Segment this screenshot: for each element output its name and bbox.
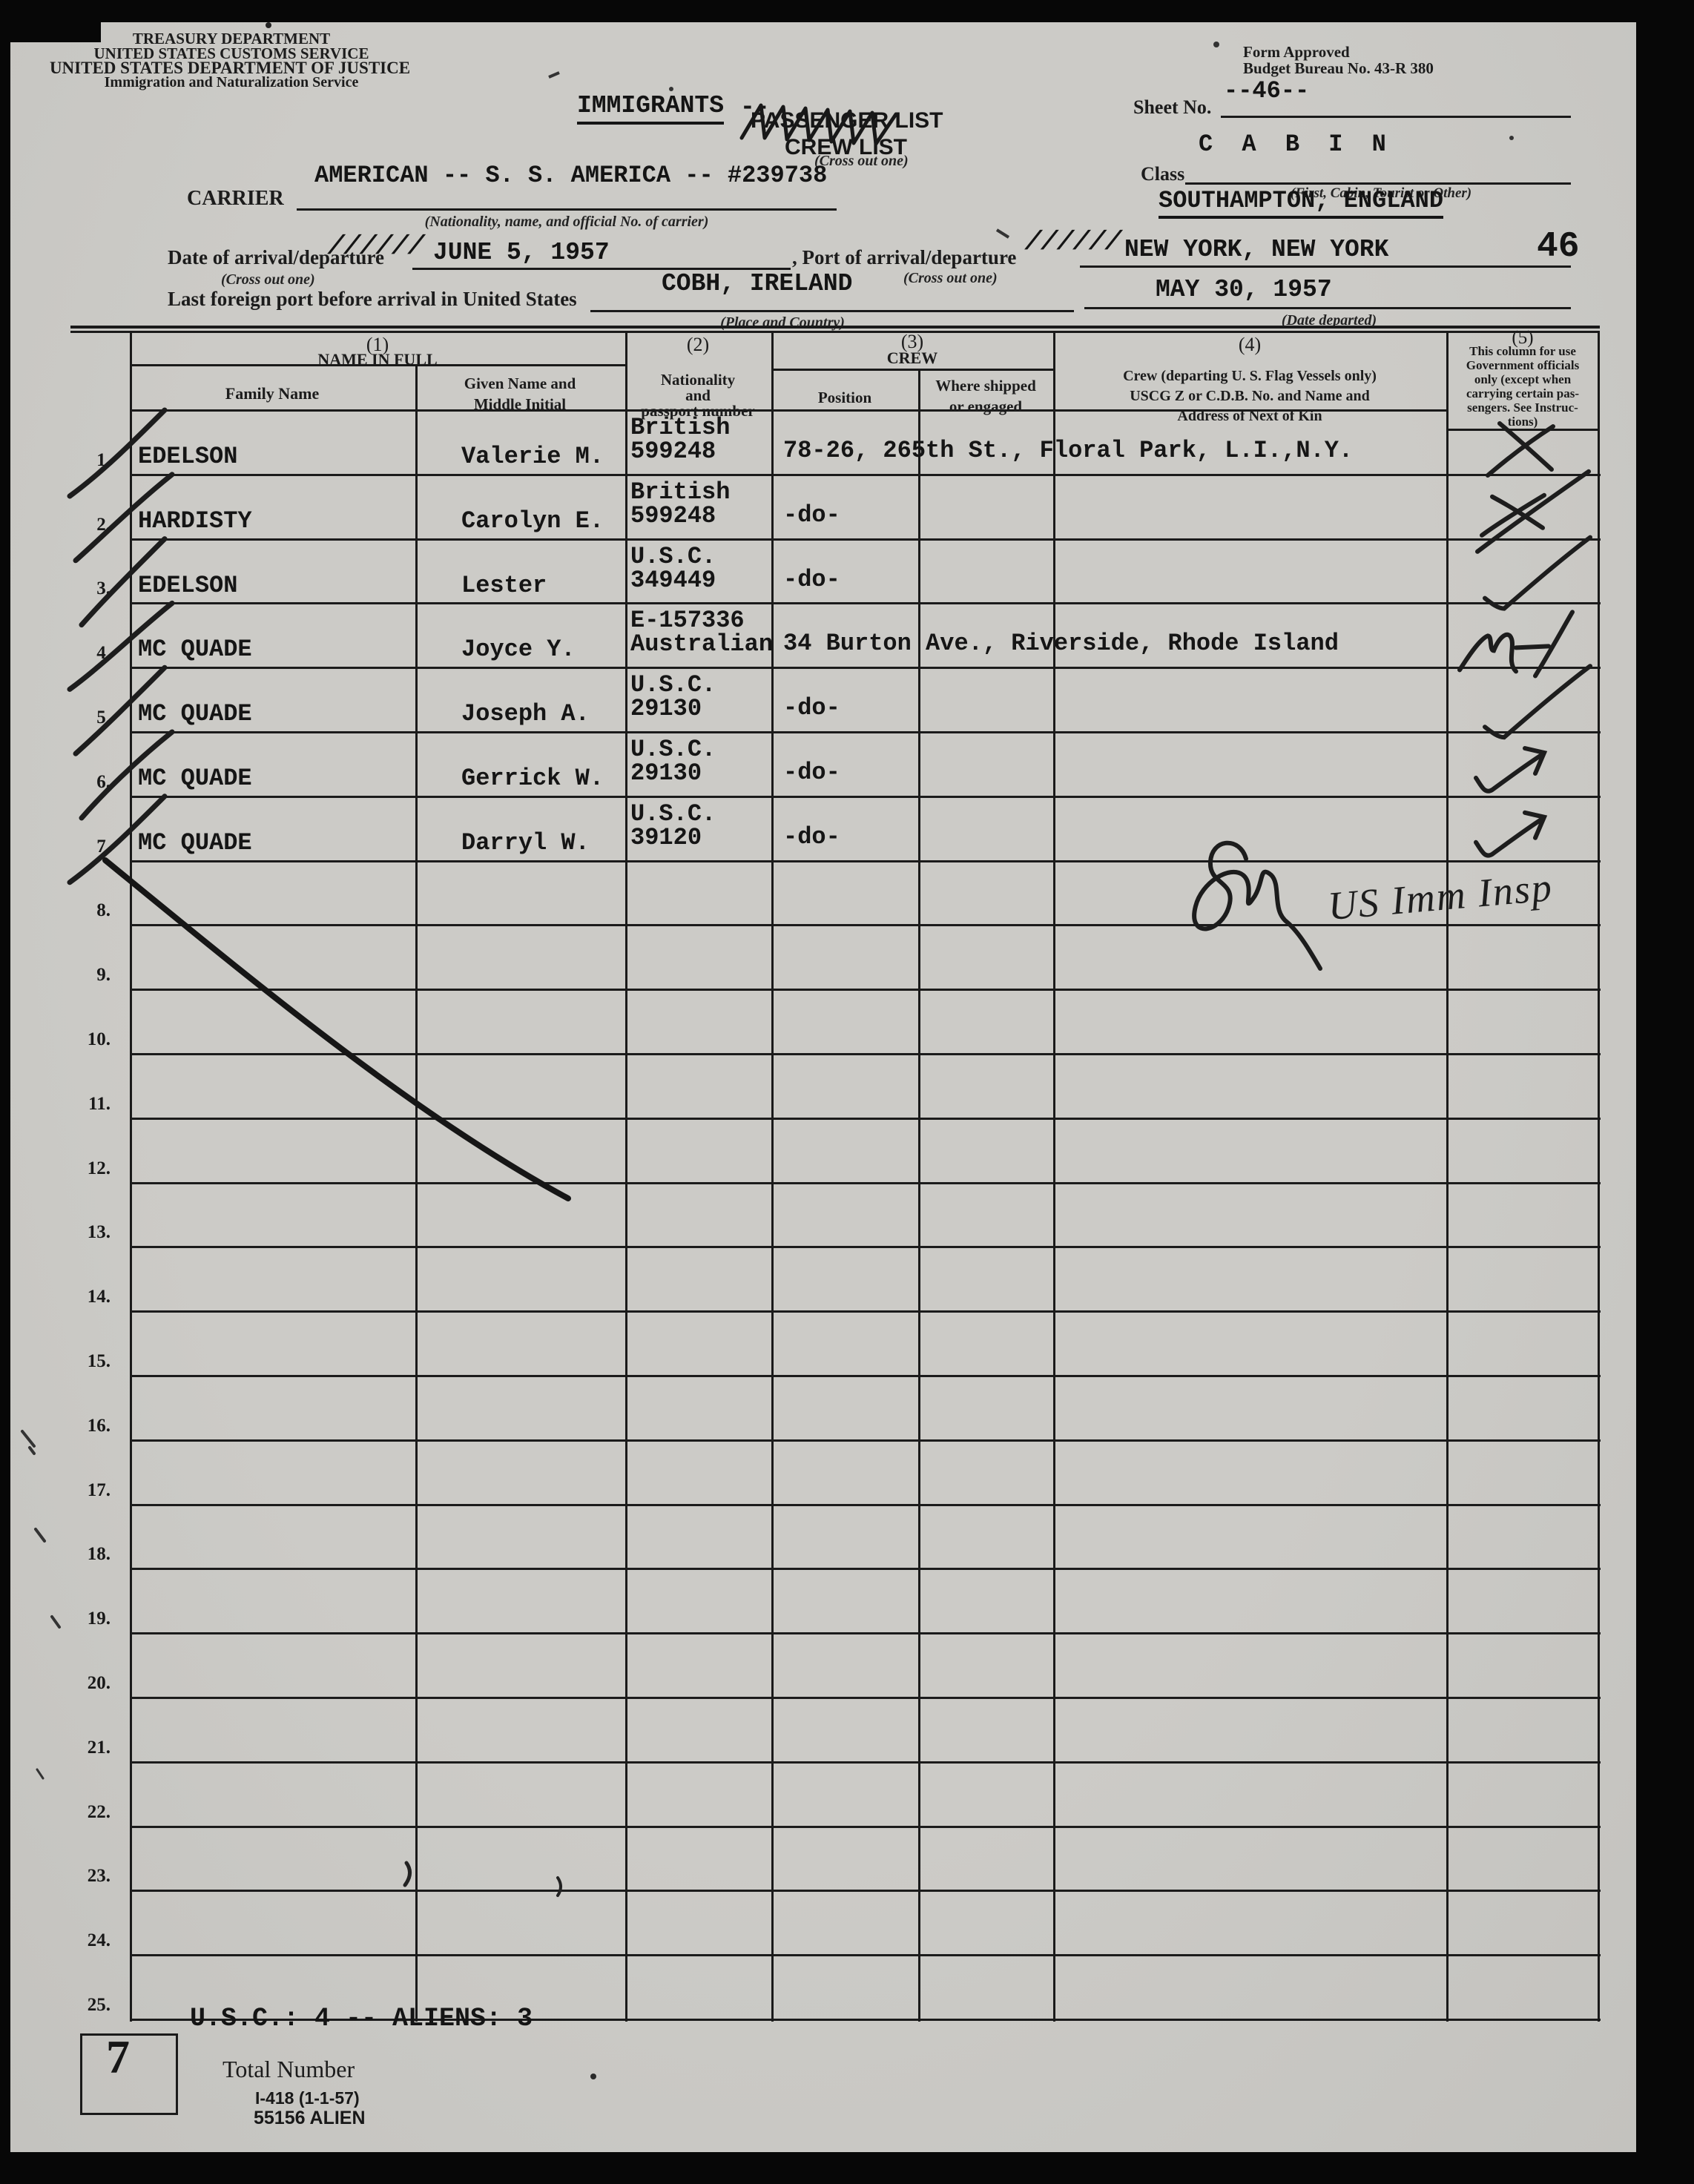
scanned-manifest-page: { "colors": { "paper": "#c9c8c4", "ink":…: [0, 0, 1694, 2184]
row-number: 16.: [42, 1416, 111, 1436]
form-code: 55156 ALIEN: [254, 2108, 366, 2129]
address-or-ditto: -do-: [783, 760, 840, 785]
row-number: 6.: [42, 772, 111, 793]
given-name: Valerie M.: [461, 444, 604, 469]
total-number-value: 7: [106, 2030, 130, 2085]
table-row: 15.: [130, 1313, 1601, 1377]
typed-slashes: //////: [324, 231, 428, 262]
scan-corner-black: [0, 0, 101, 42]
nationality-line1: U.S.C.: [630, 544, 716, 569]
where-shipped-header: Where shipped: [935, 377, 1036, 395]
address-or-ditto: 34 Burton Ave., Riverside, Rhode Island: [783, 631, 1339, 656]
port-arrival-label: , Port of arrival/departure: [792, 246, 1016, 269]
total-number-label: Total Number: [223, 2056, 355, 2083]
port-arrival-value: NEW YORK, NEW YORK: [1124, 236, 1388, 263]
last-port-line: [590, 310, 1074, 312]
passport-number: 29130: [630, 696, 702, 721]
table-row: 11.: [130, 1055, 1601, 1120]
table-row: 4.MC QUADEJoyce Y.E-157336Australian34 B…: [130, 604, 1601, 669]
given-name-header: Given Name and: [464, 375, 576, 393]
row-number: 10.: [42, 1029, 111, 1050]
row-number: 25.: [42, 1995, 111, 2016]
row-number: 2.: [42, 515, 111, 535]
table-row: 24.: [130, 1892, 1601, 1956]
last-port-label: Last foreign port before arrival in Unit…: [168, 288, 577, 311]
scan-bottom-band: [0, 2152, 1694, 2184]
carrier-label: CARRIER: [187, 187, 284, 211]
given-name: Joseph A.: [461, 702, 590, 726]
officials-header4: carrying certain pas-: [1466, 386, 1579, 401]
given-name: Carolyn E.: [461, 509, 604, 533]
table-row: 20.: [130, 1634, 1601, 1699]
table-row: 10.: [130, 991, 1601, 1055]
passport-number: Australian: [630, 632, 773, 656]
family-name: EDELSON: [138, 573, 237, 598]
row-number: 9.: [42, 965, 111, 986]
passport-number: 599248: [630, 504, 716, 528]
row-number: 1.: [42, 450, 111, 471]
date-arrival-value: JUNE 5, 1957: [433, 239, 610, 266]
last-port-value: COBH, IRELAND: [662, 270, 852, 297]
table-top-rule2: [70, 331, 1600, 333]
totals-typed: U.S.C.: 4 -- ALIENS: 3: [190, 2004, 533, 2033]
class-line: [1185, 182, 1571, 185]
port-line: [1080, 265, 1571, 268]
family-name: MC QUADE: [138, 637, 252, 662]
table-row: 12.: [130, 1120, 1601, 1184]
passport-number: 39120: [630, 825, 702, 850]
immigrants-title: IMMIGRANTS: [577, 92, 724, 125]
row-number: 20.: [42, 1673, 111, 1694]
table-row: 22.: [130, 1764, 1601, 1828]
address-or-ditto: -do-: [783, 825, 840, 849]
total-number-box: 7: [80, 2033, 178, 2115]
table-top-rule: [70, 326, 1600, 329]
embark-port-value: SOUTHAMPTON, ENGLAND: [1159, 187, 1443, 219]
position-header: Position: [818, 389, 871, 407]
crew-header: CREW: [887, 349, 937, 368]
cross-out-one-hint: (Cross out one): [814, 153, 909, 170]
col2-number: (2): [687, 334, 709, 356]
sheet-no-label: Sheet No.: [1133, 96, 1211, 119]
row-number: 21.: [42, 1738, 111, 1758]
sheet-no-value: --46--: [1224, 77, 1309, 105]
family-name: MC QUADE: [138, 766, 252, 791]
nationality-line1: E-157336: [630, 608, 745, 633]
officials-header3: only (except when: [1474, 372, 1571, 387]
given-name: Joyce Y.: [461, 637, 576, 662]
table-row: 13.: [130, 1184, 1601, 1249]
row-number: 22.: [42, 1802, 111, 1823]
date-departed-line: [1084, 307, 1571, 309]
place-country-hint: (Place and Country): [720, 314, 845, 331]
given-name: Darryl W.: [461, 831, 590, 855]
row-number: 17.: [42, 1480, 111, 1501]
address-or-ditto: -do-: [783, 696, 840, 720]
carrier-line: [297, 208, 837, 211]
table-row: 16.: [130, 1377, 1601, 1442]
class-label: Class: [1141, 163, 1184, 185]
agency-line: Immigration and Naturalization Service: [105, 74, 359, 91]
table-row: 18.: [130, 1506, 1601, 1571]
family-name-header: Family Name: [225, 384, 319, 403]
page-number: 46: [1537, 227, 1580, 267]
row-number: 15.: [42, 1351, 111, 1372]
family-name: MC QUADE: [138, 831, 252, 855]
carrier-value: AMERICAN -- S. S. AMERICA -- #239738: [314, 162, 827, 189]
row-number: 23.: [42, 1866, 111, 1887]
row-number: 4.: [42, 643, 111, 664]
table-row: 7.MC QUADEDarryl W.U.S.C.39120-do-: [130, 798, 1601, 862]
passport-number: 599248: [630, 439, 716, 463]
row-number: 19.: [42, 1609, 111, 1629]
crew-underline: [771, 369, 1053, 371]
nationality-line1: U.S.C.: [630, 802, 716, 826]
table-row: 14.: [130, 1248, 1601, 1313]
table-row: 2.HARDISTYCarolyn E.British599248-do-: [130, 476, 1601, 541]
table-row: 9.: [130, 926, 1601, 991]
row-number: 8.: [42, 900, 111, 921]
table-row: 3.EDELSONLesterU.S.C.349449-do-: [130, 541, 1601, 605]
passport-number: 349449: [630, 568, 716, 593]
scan-right-band: [1636, 0, 1694, 2184]
col4-number: (4): [1239, 334, 1261, 356]
nationality-line1: British: [630, 480, 730, 504]
officials-header2: Government officials: [1466, 358, 1580, 373]
next-of-kin-header2: USCG Z or C.D.B. No. and Name and: [1130, 388, 1370, 405]
address-or-ditto: -do-: [783, 503, 840, 527]
officials-header: This column for use: [1469, 344, 1576, 359]
row-number: 5.: [42, 707, 111, 728]
table-row: 6.MC QUADEGerrick W.U.S.C.29130-do-: [130, 733, 1601, 798]
row-number: 24.: [42, 1930, 111, 1951]
carrier-hint: (Nationality, name, and official No. of …: [425, 214, 709, 231]
table-row: 17.: [130, 1442, 1601, 1506]
given-name: Lester: [461, 573, 547, 598]
budget-bureau-label: Budget Bureau No. 43-R 380: [1243, 59, 1434, 78]
row-number: 3.: [42, 578, 111, 599]
sheet-no-line: [1221, 116, 1571, 118]
nationality-line1: U.S.C.: [630, 673, 716, 697]
nationality-line1: U.S.C.: [630, 737, 716, 762]
typed-slashes: //////: [1021, 227, 1125, 257]
row-number: 18.: [42, 1544, 111, 1565]
passport-number: 29130: [630, 761, 702, 785]
row-number: 11.: [42, 1094, 111, 1115]
table-row: 5.MC QUADEJoseph A.U.S.C.29130-do-: [130, 669, 1601, 733]
next-of-kin-header: Crew (departing U. S. Flag Vessels only): [1123, 368, 1377, 385]
class-value: C A B I N: [1199, 131, 1394, 158]
given-name: Gerrick W.: [461, 766, 604, 791]
row-number: 12.: [42, 1158, 111, 1179]
form-id: I-418 (1-1-57): [255, 2088, 360, 2108]
col1-title: NAME IN FULL: [317, 350, 437, 369]
row-number: 14.: [42, 1287, 111, 1307]
date-departed-value: MAY 30, 1957: [1156, 276, 1332, 303]
passenger-list-title: PASSENGER LIST: [751, 108, 943, 133]
date-cross-out-hint: (Cross out one): [221, 271, 315, 288]
family-name: HARDISTY: [138, 509, 252, 533]
table-row: 21.: [130, 1699, 1601, 1764]
table-row: 19.: [130, 1570, 1601, 1634]
row-number: 7.: [42, 837, 111, 857]
address-or-ditto: -do-: [783, 567, 840, 592]
row-number: 13.: [42, 1222, 111, 1243]
family-name: MC QUADE: [138, 702, 252, 726]
family-name: EDELSON: [138, 444, 237, 469]
nationality-line1: British: [630, 415, 730, 440]
table-row: 1.EDELSONValerie M.British59924878-26, 2…: [130, 412, 1601, 476]
port-cross-out-hint: (Cross out one): [903, 270, 998, 287]
address-or-ditto: 78-26, 265th St., Floral Park, L.I.,N.Y.: [783, 438, 1353, 463]
table-row: 23.: [130, 1828, 1601, 1893]
